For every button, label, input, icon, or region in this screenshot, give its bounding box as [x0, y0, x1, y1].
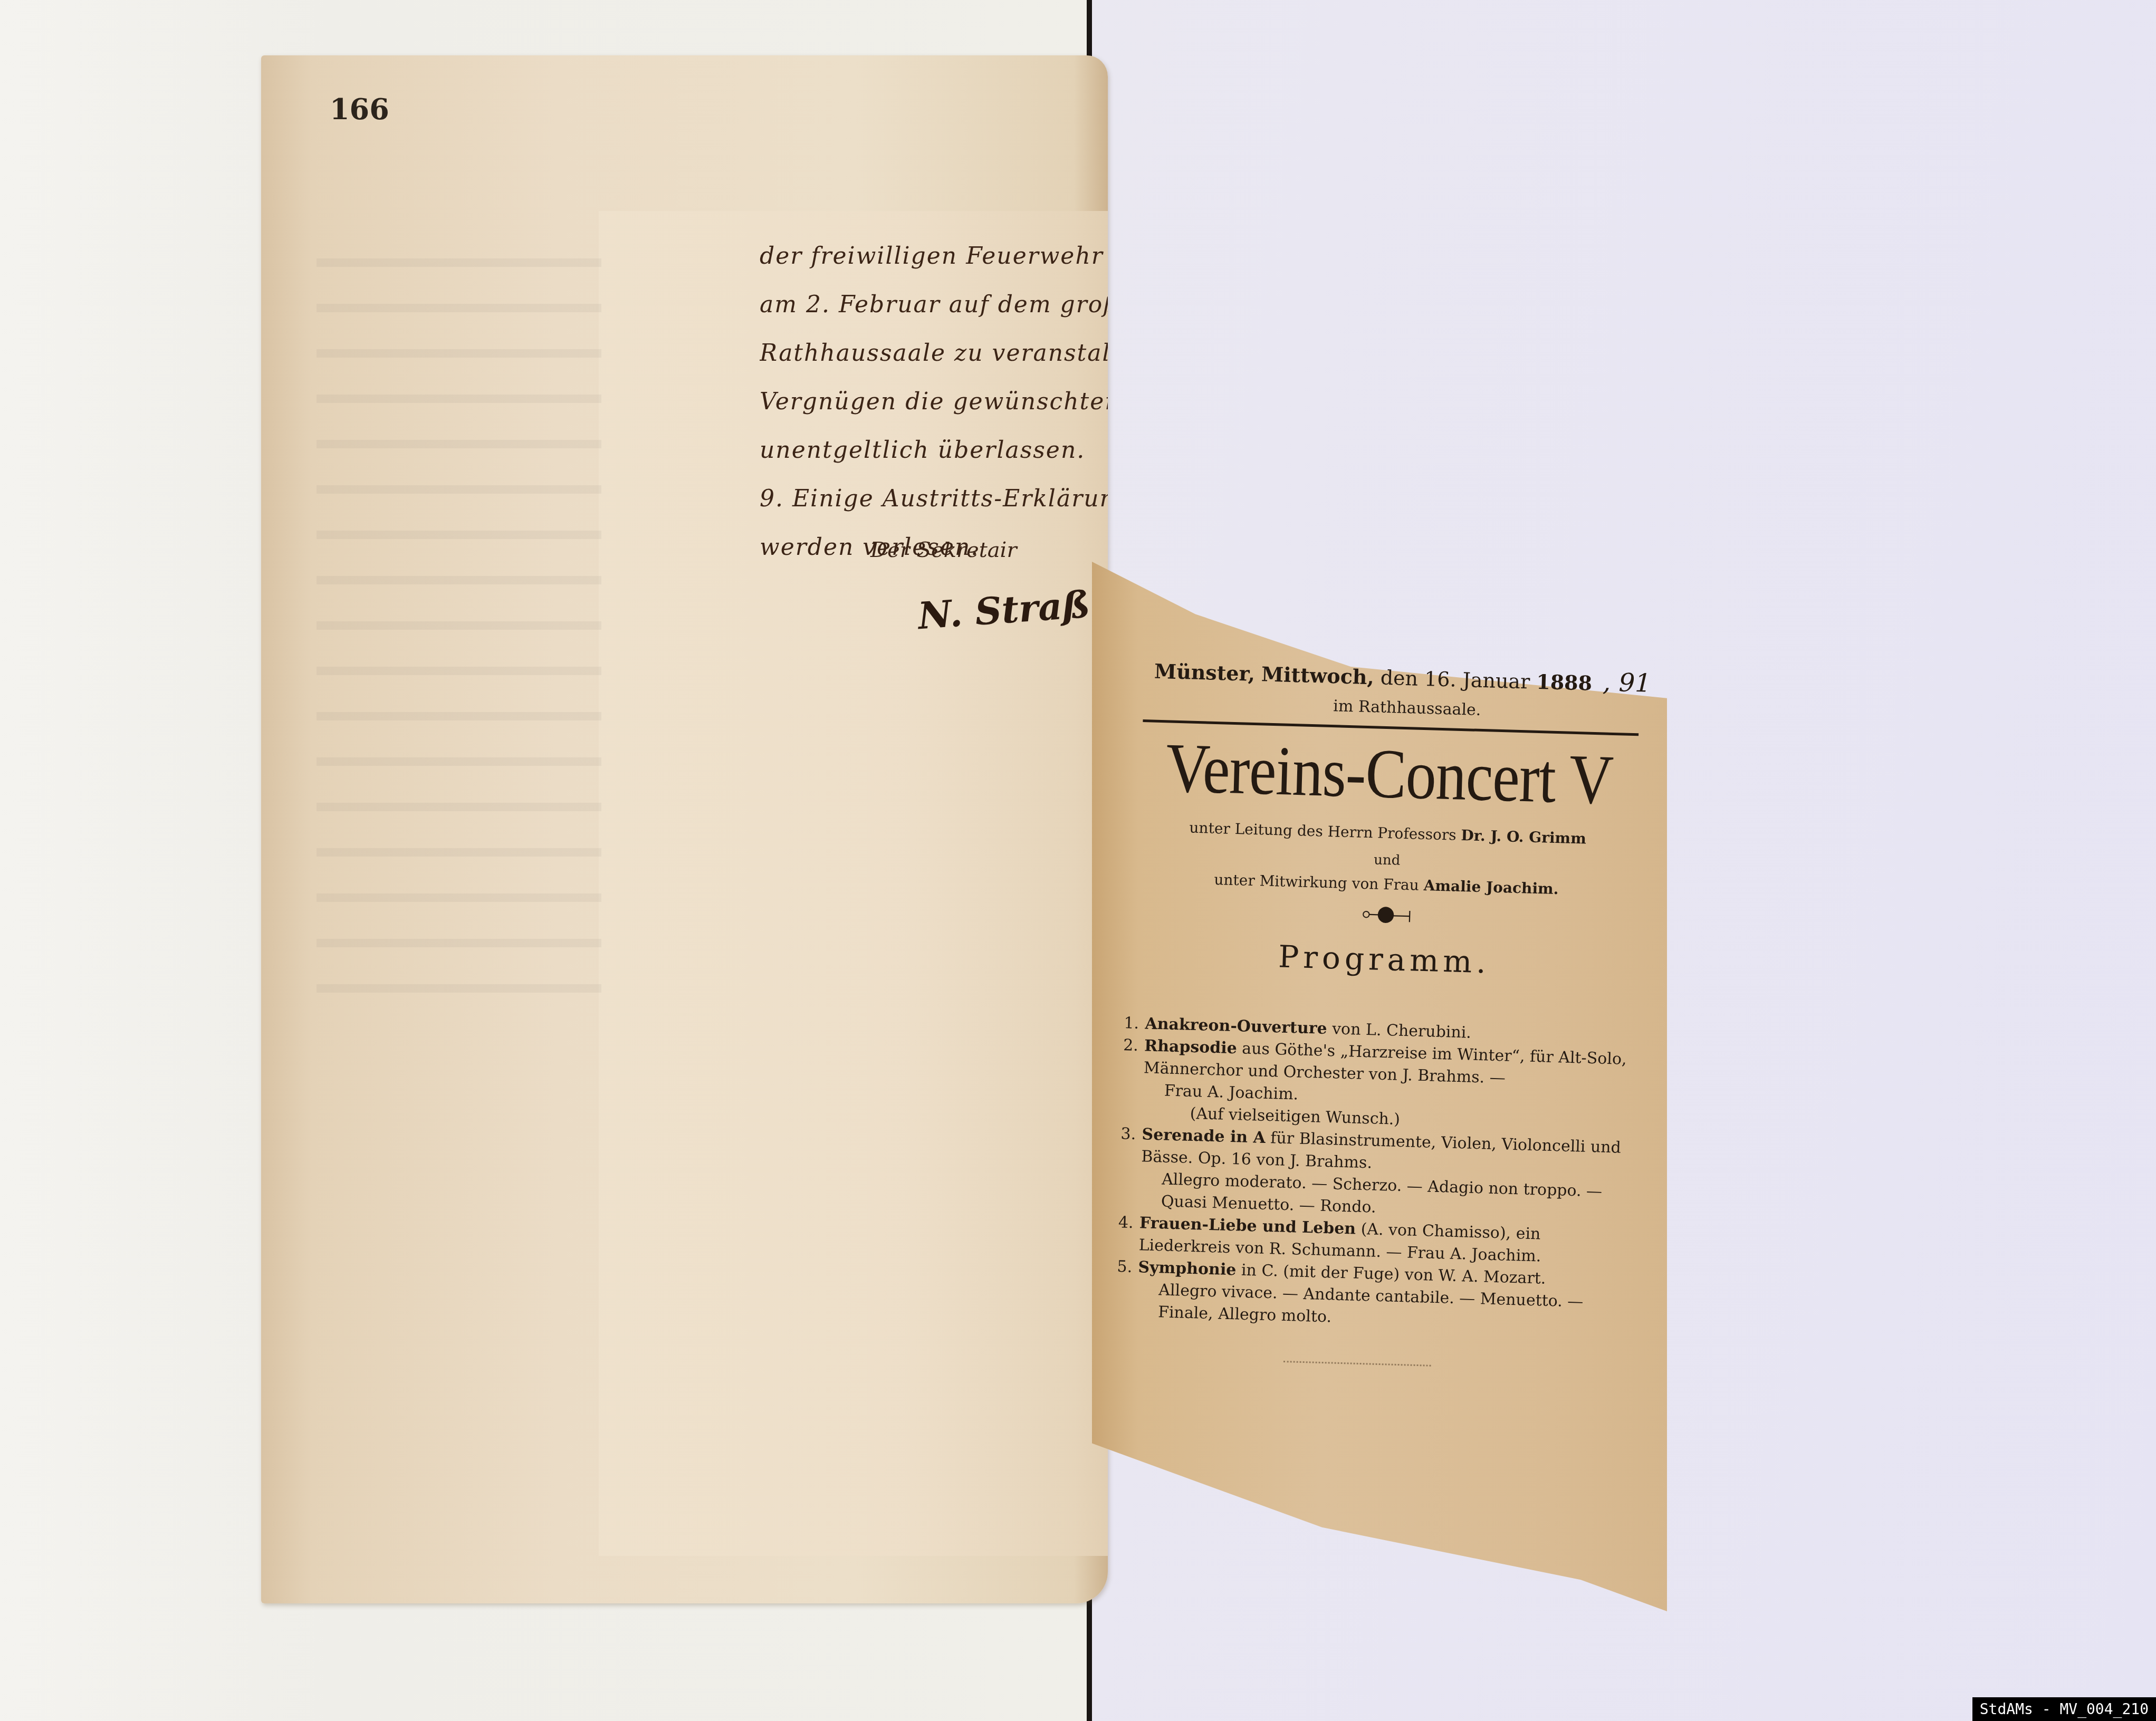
concert-title: Vereins-Concert V: [1119, 727, 1660, 822]
handwritten-line: unentgeltlich überlassen.: [760, 426, 1108, 475]
item-work: Anakreon-Ouverture: [1145, 1014, 1327, 1038]
archive-id-label: StdAMs - MV_004_210: [1972, 1697, 2156, 1721]
conductor-line: unter Leitung des Herrn Professors Dr. J…: [1118, 817, 1657, 849]
program-item: 3. Serenade in A für Blasinstrumente, Vi…: [1118, 1123, 1648, 1226]
item-sub: Allegro vivace. — Andante cantabile. — M…: [1137, 1278, 1634, 1337]
year-handwritten-correction: , 91: [1602, 667, 1651, 698]
item-number: 4.: [1117, 1212, 1139, 1256]
item-number: 2.: [1121, 1034, 1145, 1123]
program-heading: Programm.: [1115, 934, 1654, 985]
item-body: Symphonie in C. (mit der Fuge) von W. A.…: [1137, 1256, 1645, 1337]
item-detail: von L. Cherubini.: [1332, 1020, 1472, 1042]
program-item: 5. Symphonie in C. (mit der Fuge) von W.…: [1116, 1256, 1645, 1337]
item-body: Rhapsodie aus Göthe's „Harzreise im Wint…: [1142, 1035, 1651, 1138]
place: Münster,: [1154, 659, 1256, 686]
secretary-closing: Der Sekretair: [870, 538, 1017, 562]
handwritten-line: am 2. Februar auf dem großen: [760, 281, 1108, 329]
item-work: Symphonie: [1138, 1258, 1237, 1279]
program-list: 1. Anakreon-Ouverture von L. Cherubini. …: [1105, 1012, 1652, 1337]
soloist-name: Amalie Joachim.: [1423, 877, 1559, 898]
ornament-icon: ⟜●⟞: [1116, 894, 1655, 933]
concert-program-text: Münster, Mittwoch, den 16. Januar 1888, …: [1104, 654, 1662, 1372]
bleed-through-text: [317, 222, 601, 1013]
weekday: Mittwoch,: [1261, 662, 1375, 689]
item-number: 3.: [1118, 1123, 1142, 1212]
item-work: Frauen-Liebe und Leben: [1139, 1214, 1356, 1238]
date-line: Münster, Mittwoch, den 16. Januar 1888, …: [1144, 655, 1661, 698]
handwritten-minutes: der freiwilligen Feuerwehr für am 2. Feb…: [760, 232, 1108, 572]
soloist-prefix: unter Mitwirkung von Frau: [1214, 871, 1419, 894]
conductor-name: Dr. J. O. Grimm: [1461, 826, 1586, 848]
date: den 16. Januar: [1380, 666, 1530, 694]
handwritten-line: Rathhaussaale zu veranstaltende: [760, 329, 1108, 378]
program-item: 2. Rhapsodie aus Göthe's „Harzreise im W…: [1121, 1034, 1651, 1138]
item-body: Serenade in A für Blasinstrumente, Viole…: [1139, 1123, 1648, 1226]
item-number: 5.: [1116, 1256, 1139, 1323]
page-number: 166: [330, 92, 389, 126]
venue: im Rathhaussaale.: [1154, 692, 1661, 725]
handwritten-line: Vergnügen die gewünschten Stühle: [760, 378, 1108, 426]
year-printed: 1888: [1536, 670, 1593, 695]
item-number: 1.: [1124, 1012, 1145, 1035]
conductor-prefix: unter Leitung des Herrn Professors: [1189, 819, 1457, 844]
item-work: Rhapsodie: [1144, 1036, 1237, 1057]
item-work: Serenade in A: [1142, 1125, 1266, 1147]
handwritten-line: der freiwilligen Feuerwehr für: [760, 232, 1108, 281]
handwritten-line: 9. Einige Austritts-Erklärungen: [760, 475, 1108, 523]
